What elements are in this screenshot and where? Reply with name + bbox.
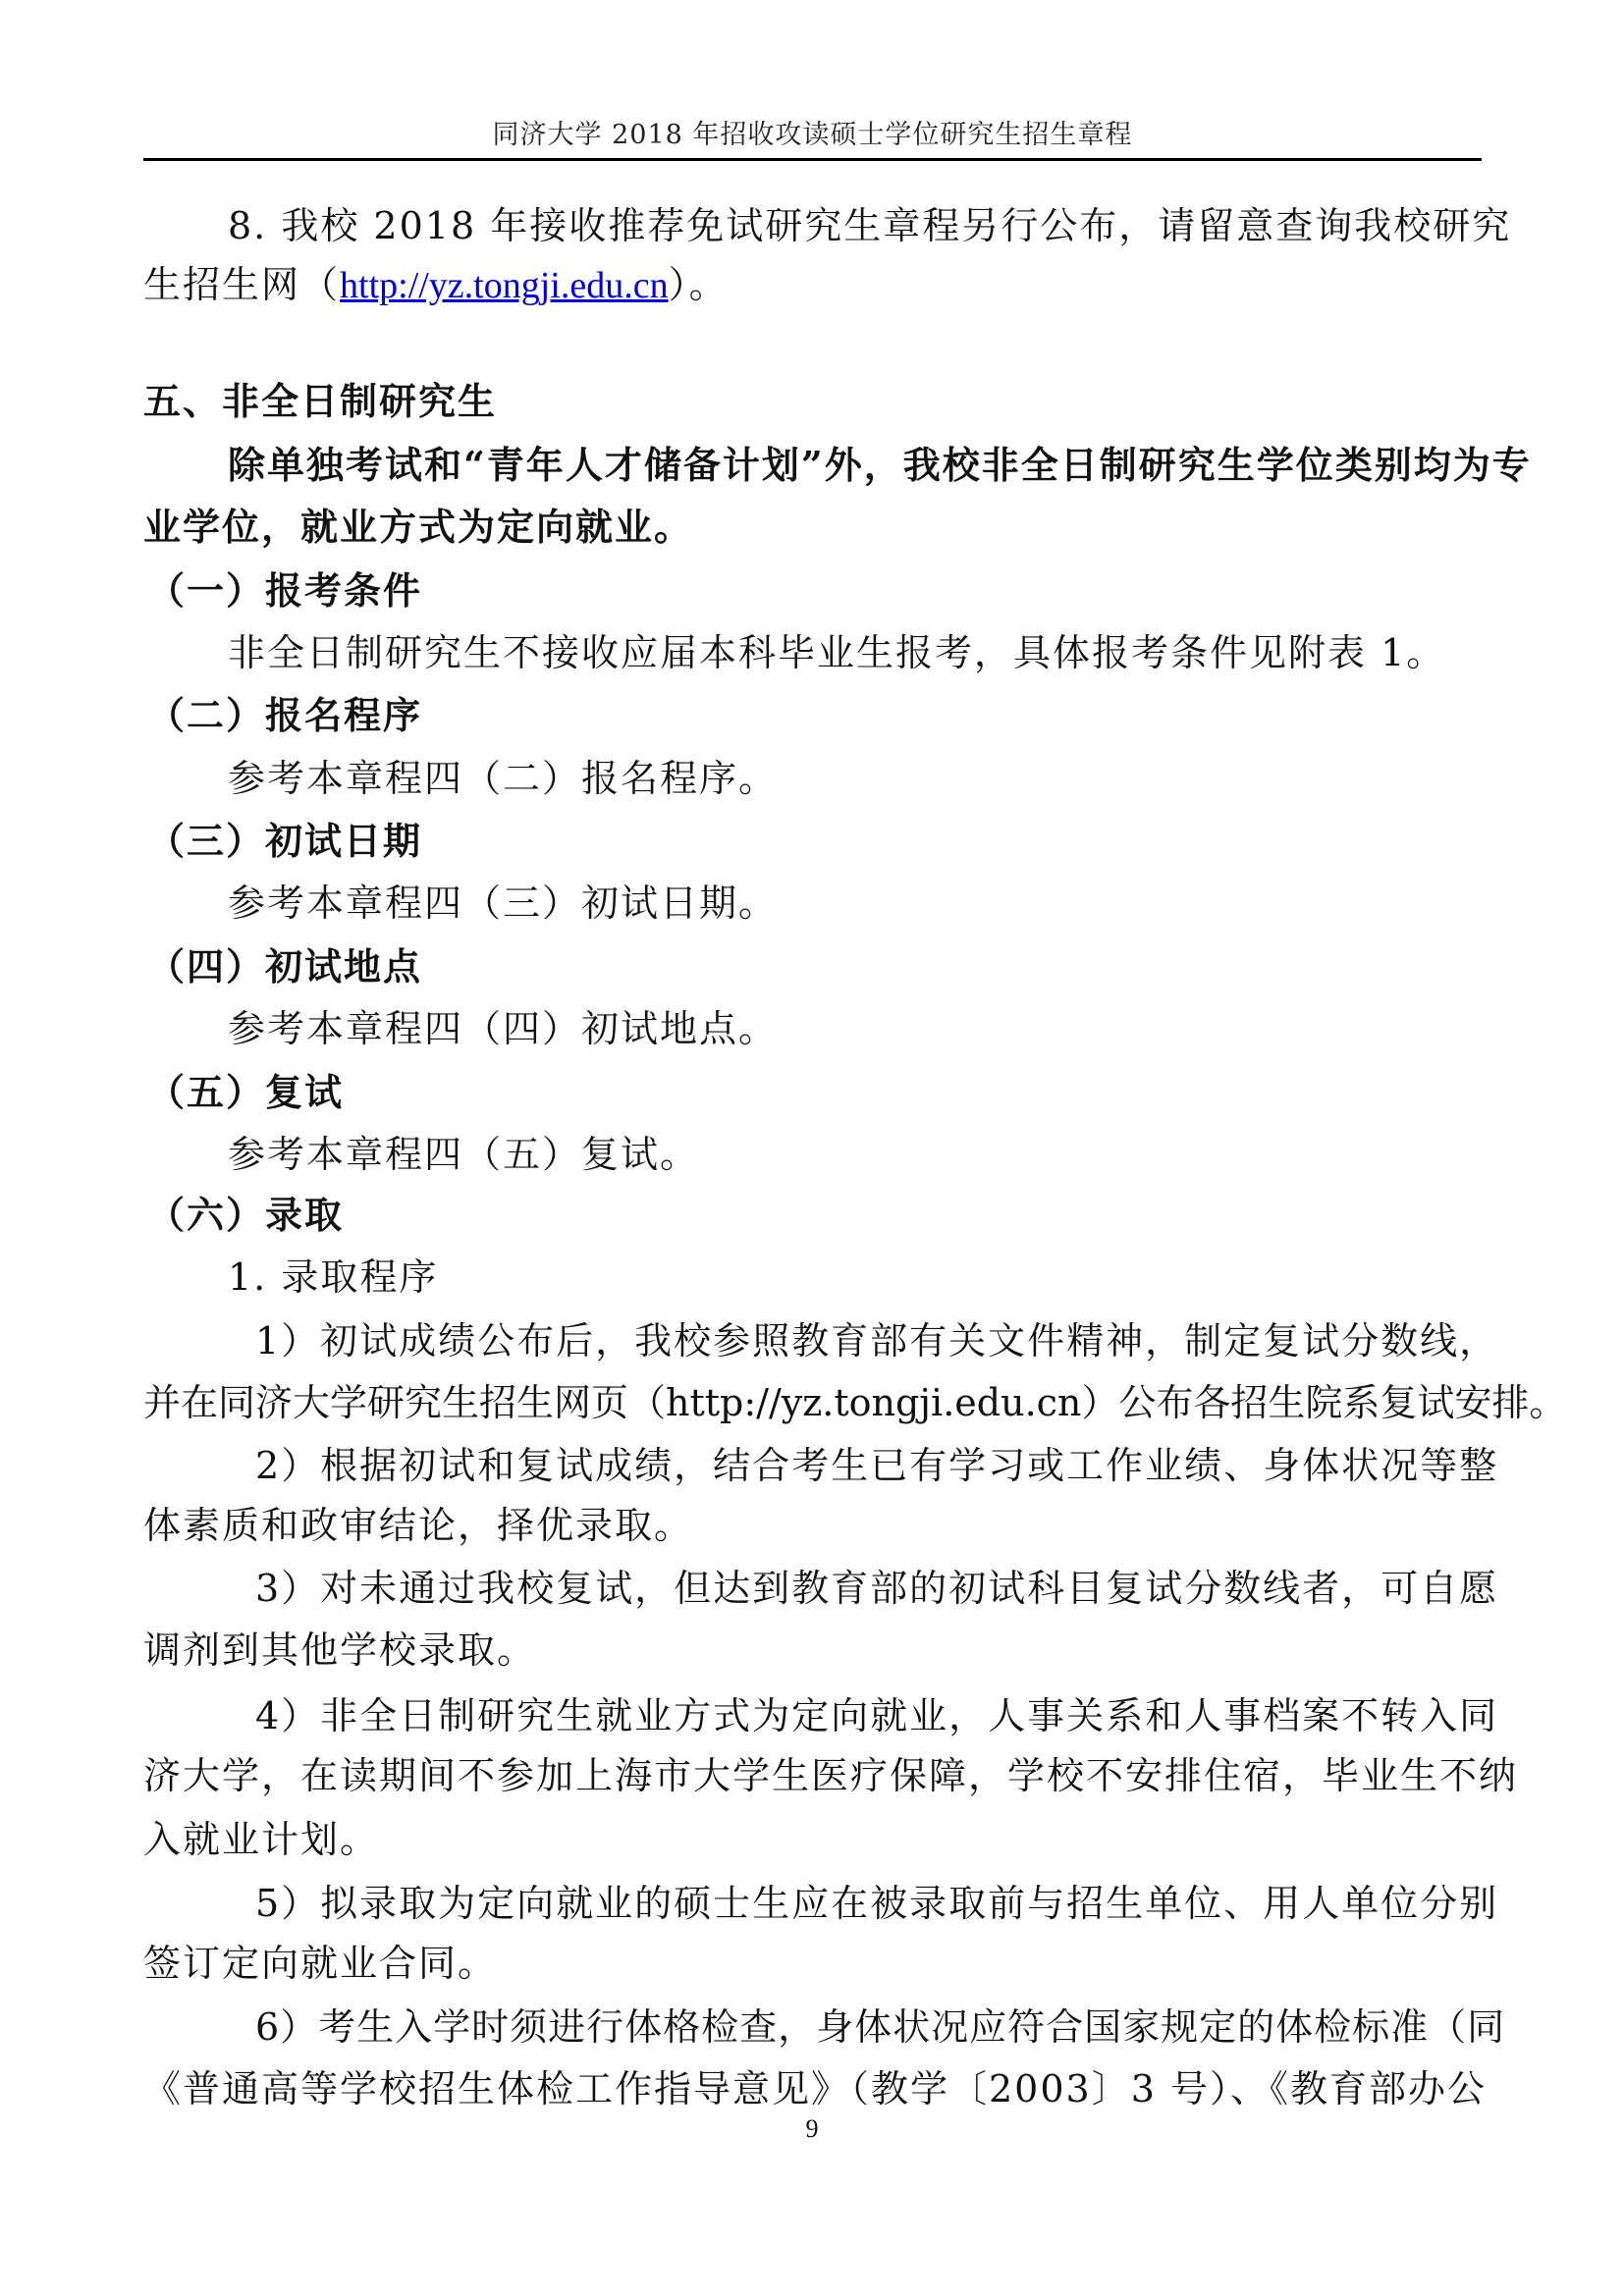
admission-item-5-line-2: 签订定向就业合同。 xyxy=(143,1934,1482,1993)
paragraph-8-prefix: 生招生网（ xyxy=(143,263,340,306)
admission-item-1-line-2: 并在同济大学研究生招生网页（http://yz.tongji.edu.cn）公布… xyxy=(143,1373,1482,1432)
subsection-6-heading: （六）录取 xyxy=(147,1186,1486,1245)
subsection-4-body: 参考本章程四（四）初试地点。 xyxy=(228,999,1482,1058)
admission-item-6-line-1: 6）考生入学时须进行体格检查，身体状况应符合国家规定的体检标准（同 xyxy=(255,1998,1482,2056)
subsection-3-body: 参考本章程四（三）初试日期。 xyxy=(228,874,1482,933)
admission-item-4-line-3: 入就业计划。 xyxy=(143,1810,1482,1869)
subsection-5-heading: （五）复试 xyxy=(147,1063,1486,1122)
section-5-title: 五、非全日制研究生 xyxy=(143,372,1482,431)
page-header: 同济大学 2018 年招收攻读硕士学位研究生招生章程 xyxy=(143,116,1482,155)
admission-item-2-line-2: 体素质和政审结论，择优录取。 xyxy=(143,1496,1482,1555)
admission-item-5-line-1: 5）拟录取为定向就业的硕士生应在被录取前与招生单位、用人单位分别 xyxy=(255,1874,1482,1933)
page-number: 9 xyxy=(0,2112,1624,2146)
admission-item-4-line-2: 济大学，在读期间不参加上海市大学生医疗保障，学校不安排住宿，毕业生不纳 xyxy=(143,1746,1482,1805)
admission-item-6-line-2: 《普通高等学校招生体检工作指导意见》（教学〔2003〕3 号）、《教育部办公 xyxy=(143,2059,1482,2118)
section-5-intro-line-1: 除单独考试和“青年人才储备计划”外，我校非全日制研究生学位类别均为专 xyxy=(228,436,1482,495)
admission-item-2-line-1: 2）根据初试和复试成绩，结合考生已有学习或工作业绩、身体状况等整 xyxy=(255,1436,1482,1495)
subsection-1-body: 非全日制研究生不接收应届本科毕业生报考，具体报考条件见附表 1。 xyxy=(228,623,1482,682)
subsection-4-heading: （四）初试地点 xyxy=(147,937,1486,996)
subsection-3-heading: （三）初试日期 xyxy=(147,812,1486,871)
section-5-intro-line-2: 业学位，就业方式为定向就业。 xyxy=(143,498,1482,557)
paragraph-8-suffix: ）。 xyxy=(669,263,729,306)
admission-item-4-line-1: 4）非全日制研究生就业方式为定向就业，人事关系和人事档案不转入同 xyxy=(255,1686,1482,1745)
subsection-1-heading: （一）报考条件 xyxy=(147,561,1486,620)
admission-item-3-line-1: 3）对未通过我校复试，但达到教育部的初试科目复试分数线者，可自愿 xyxy=(255,1559,1482,1618)
admissions-website-link[interactable]: http://yz.tongji.edu.cn xyxy=(340,265,669,306)
header-rule xyxy=(143,158,1482,161)
paragraph-8-line-1: 8. 我校 2018 年接收推荐免试研究生章程另行公布，请留意查询我校研究 xyxy=(228,196,1482,255)
admission-item-1-line-1: 1）初试成绩公布后，我校参照教育部有关文件精神，制定复试分数线， xyxy=(255,1311,1482,1370)
admission-item-3-line-2: 调剂到其他学校录取。 xyxy=(143,1621,1482,1680)
paragraph-8-line-2: 生招生网（http://yz.tongji.edu.cn）。 xyxy=(143,255,1482,314)
admission-procedure-title: 1. 录取程序 xyxy=(228,1248,1482,1307)
subsection-5-body: 参考本章程四（五）复试。 xyxy=(228,1125,1482,1184)
subsection-2-heading: （二）报名程序 xyxy=(147,686,1486,745)
subsection-2-body: 参考本章程四（二）报名程序。 xyxy=(228,749,1482,808)
